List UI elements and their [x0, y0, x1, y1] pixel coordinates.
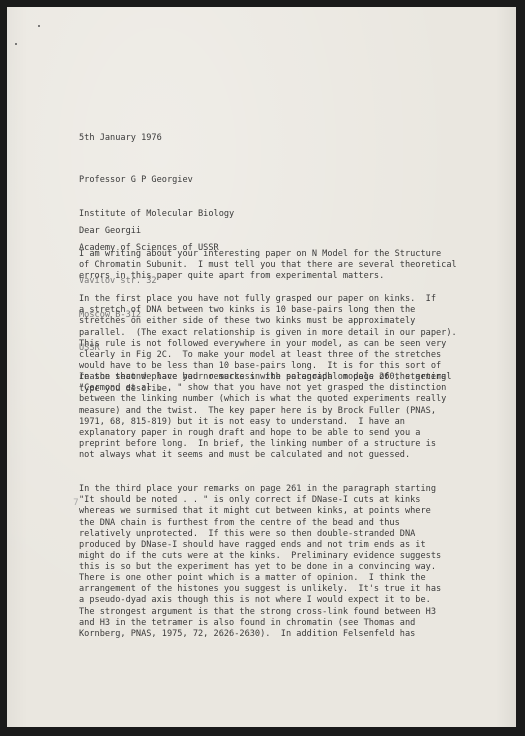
text-line: In the first place you have not fully gr… [79, 294, 457, 305]
text-line: explanatory paper in rough draft and hop… [79, 428, 446, 439]
text-line: whereas we surmised that it might cut be… [79, 506, 441, 517]
text-line: This rule is not followed everywhere in … [79, 339, 457, 350]
text-line: measure) and the twist. The key paper he… [79, 406, 446, 417]
text-line: might do if the cuts were at the kinks. … [79, 551, 441, 562]
text-line: There is one other point which is a matt… [79, 573, 441, 584]
text-line: "Cermond et al . . " show that you have … [79, 383, 446, 394]
text-line: stretches on either side of these two ki… [79, 316, 457, 327]
text-line: In the second place your remarks in the … [79, 372, 446, 383]
text-line: relatively unprotected. If this were so … [79, 529, 441, 540]
text-line: and H3 in the tetramer is also found in … [79, 618, 441, 629]
text-line: arrangement of the histones you suggest … [79, 584, 441, 595]
paragraph-1: I am writing about your interesting pape… [79, 249, 457, 283]
text-line: the DNA chain is furthest from the centr… [79, 518, 441, 529]
text-line: clearly in Fig 2C. To make your model at… [79, 350, 457, 361]
text-line: between the linking number (which is wha… [79, 394, 446, 405]
paragraph-3: In the second place your remarks in the … [79, 372, 446, 462]
text-line: not always what it seems and must be cal… [79, 450, 446, 461]
address-line: Professor G P Georgiev [79, 175, 234, 186]
letter-page: 5th January 1976 Professor G P Georgiev … [7, 7, 516, 727]
address-line: Institute of Molecular Biology [79, 209, 234, 220]
text-line: this is so but the experiment has yet to… [79, 562, 441, 573]
paragraph-4: In the third place your remarks on page … [79, 484, 441, 574]
text-line: Kornberg, PNAS, 1975, 72, 2626-2630). In… [79, 629, 441, 640]
paper-speck [15, 43, 17, 45]
text-line: parallel. (The exact relationship is giv… [79, 328, 457, 339]
letter-body: 5th January 1976 Professor G P Georgiev … [79, 7, 519, 153]
salutation: Dear Georgii [79, 226, 141, 237]
text-line: The strongest argument is that the stron… [79, 607, 441, 618]
letter-date: 5th January 1976 [79, 133, 162, 144]
text-line: a stretch of DNA between two kinks is 10… [79, 305, 457, 316]
text-line: I am writing about your interesting pape… [79, 249, 457, 260]
text-line: produced by DNase-I should have ragged e… [79, 540, 441, 551]
text-line: of Chromatin Subunit. I must tell you th… [79, 260, 457, 271]
text-line: "It should be noted . . " is only correc… [79, 495, 441, 506]
text-line: would have to be less than 10 base-pairs… [79, 361, 457, 372]
text-line: preprint before long. In brief, the link… [79, 439, 446, 450]
text-line: In the third place your remarks on page … [79, 484, 441, 495]
text-line: errors in this paper quite apart from ex… [79, 271, 457, 282]
margin-pencil-mark: 7 [73, 498, 79, 508]
paper-speck [38, 25, 40, 27]
text-line: a pseudo-dyad axis though this is not wh… [79, 595, 441, 606]
paragraph-5: There is one other point which is a matt… [79, 573, 441, 640]
text-line: 1971, 68, 815-819) but it is not easy to… [79, 417, 446, 428]
